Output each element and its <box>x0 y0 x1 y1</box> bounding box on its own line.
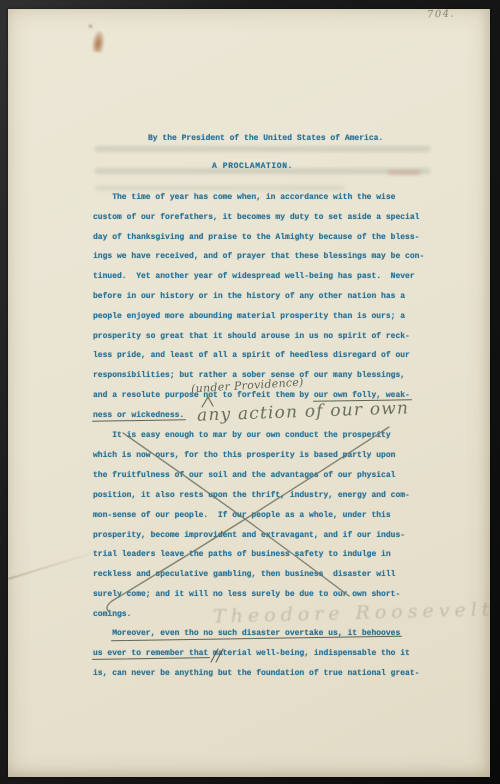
typed-text: position, it also rests upon the thrift,… <box>93 491 410 500</box>
typed-text: the fruitfulness of our soil and the adv… <box>93 471 395 480</box>
struck-text: Moreover, even tho no such disaster over… <box>112 629 400 638</box>
typed-text: material well-being, indispensable tho i… <box>208 649 410 658</box>
typed-line: the fruitfulness of our soil and the adv… <box>93 466 410 486</box>
typed-text: people enjoyed more abounding material p… <box>93 312 405 321</box>
typed-line: prosperity, become improvident and extra… <box>93 526 410 546</box>
typed-line: It is easy enough to mar by our own cond… <box>93 426 410 446</box>
typed-text: comings. <box>93 610 131 619</box>
typed-text: surely come; and it will no less surely … <box>93 590 400 599</box>
typed-line: which is now ours, for tho this prosperi… <box>93 446 410 466</box>
typed-paragraph-3: Moreover, even tho no such disaster over… <box>93 624 419 684</box>
typed-text: trial leaders leave the paths of busines… <box>93 550 391 559</box>
typed-line: trial leaders leave the paths of busines… <box>93 545 410 565</box>
struck-text: us ever to remember that <box>93 649 208 658</box>
typed-text: reckless and speculative gambling, then … <box>93 570 395 579</box>
proclamation-heading: A PROCLAMATION. <box>212 157 293 177</box>
typed-line: less pride, and least of all a spirit of… <box>93 346 424 366</box>
photo-background: 704. By the President of the United Stat… <box>0 0 500 784</box>
typed-text: custom of our forefathers, it becomes my… <box>93 213 419 222</box>
typed-text: prosperity, become improvident and extra… <box>93 531 405 540</box>
catalog-number-annotation: 704. <box>427 9 456 21</box>
typed-line: reckless and speculative gambling, then … <box>93 565 410 585</box>
typed-line: tinued. Yet another year of widespread w… <box>93 267 424 287</box>
typed-line: mon-sense of our people. If our people a… <box>93 506 410 526</box>
typed-text: which is now ours, for tho this prosperi… <box>93 451 395 460</box>
typed-line: position, it also rests upon the thrift,… <box>93 486 410 506</box>
typed-line: Moreover, even tho no such disaster over… <box>93 624 419 644</box>
bleedthrough-artifact <box>388 170 420 175</box>
typed-text: The time of year has come when, in accor… <box>93 193 395 202</box>
typed-text: prosperity so great that it should arous… <box>93 332 410 341</box>
typed-text: ings we have received, and of prayer tha… <box>93 252 424 261</box>
typed-line: people enjoyed more abounding material p… <box>93 307 424 327</box>
typed-text: before in our history or in the history … <box>93 292 405 301</box>
typed-line: day of thanksgiving and praise to the Al… <box>93 228 424 248</box>
typed-line: ings we have received, and of prayer tha… <box>93 247 424 267</box>
typed-text: tinued. Yet another year of widespread w… <box>93 272 415 281</box>
typed-line: is, can never be anything but the founda… <box>93 664 419 684</box>
typed-text <box>93 629 112 638</box>
struck-text: ness or wickedness. <box>93 411 184 420</box>
typed-text: less pride, and least of all a spirit of… <box>93 351 410 360</box>
typed-text: is, can never be anything but the founda… <box>93 669 419 678</box>
typed-line: The time of year has come when, in accor… <box>93 188 424 208</box>
typed-text: It is easy enough to mar by our own cond… <box>93 431 391 440</box>
typed-line: before in our history or in the history … <box>93 287 424 307</box>
typed-line: us ever to remember that material well-b… <box>93 644 419 664</box>
typed-text: mon-sense of our people. If our people a… <box>93 511 391 520</box>
typed-text: day of thanksgiving and praise to the Al… <box>93 233 419 242</box>
typed-line: prosperity so great that it should arous… <box>93 327 424 347</box>
document-title: By the President of the United States of… <box>148 129 383 149</box>
typed-paragraph-2: It is easy enough to mar by our own cond… <box>93 426 410 625</box>
typed-line: custom of our forefathers, it becomes my… <box>93 208 424 228</box>
